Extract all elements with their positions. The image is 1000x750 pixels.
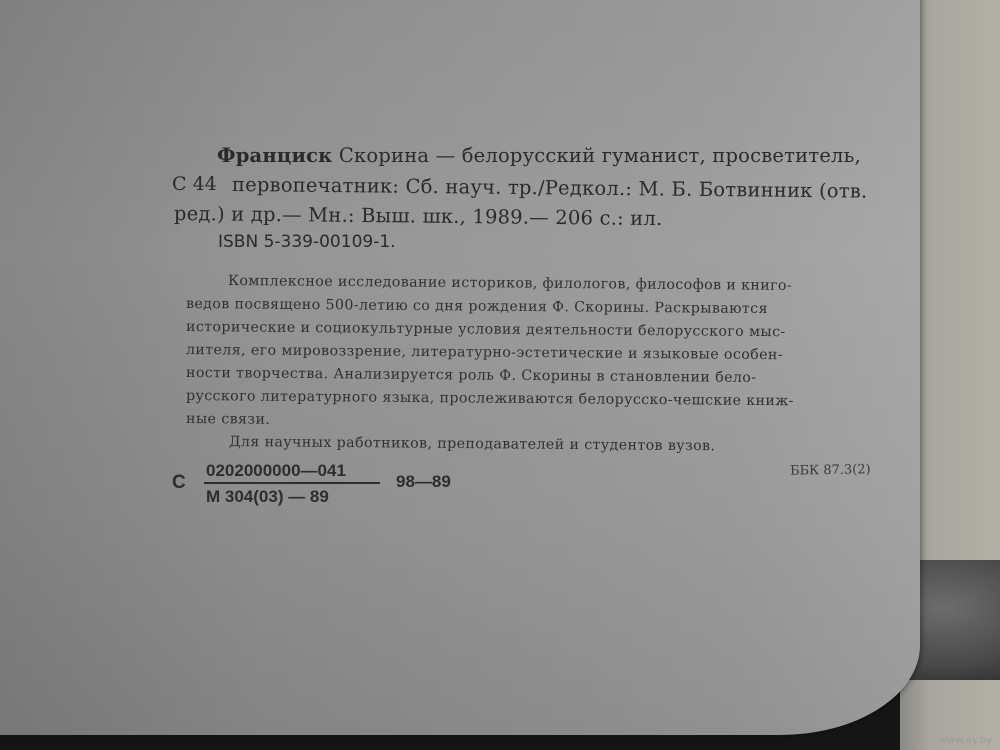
title-line-1: Франциск Скорина — белорусский гуманист,… [217,144,861,167]
title-rest: Скорина — белорусский гуманист, просвети… [339,144,861,167]
imprint-letter: С [172,472,186,494]
bbk-code: ББК 87.3(2) [790,462,871,478]
watermark: www.ay.by [939,735,992,746]
abstract-line: ные связи. [186,411,270,428]
title-bold: Франциск [217,144,332,167]
fraction-bar [204,482,380,484]
imprint-denominator: М 304(03) — 89 [206,487,329,507]
imprint-suffix: 98—89 [396,472,451,492]
isbn: ISBN 5-339-00109-1. [218,232,396,252]
catalog-index: С 44 [172,173,217,195]
imprint-numerator: 0202000000—041 [206,461,346,481]
